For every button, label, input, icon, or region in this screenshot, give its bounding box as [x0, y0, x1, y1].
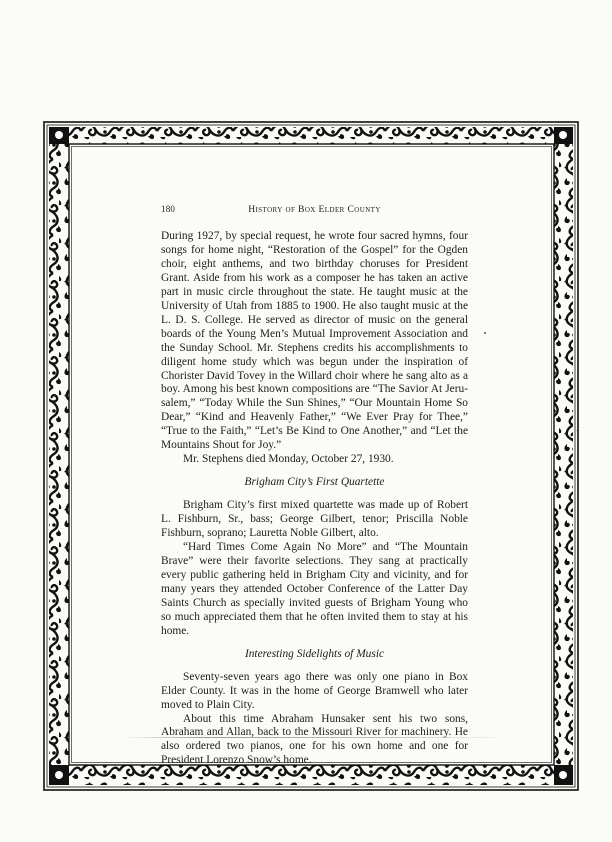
paragraph-quartette-selections: “Hard Times Come Again No More” and “The…	[161, 541, 468, 639]
section-heading-first-quartette: Brigham City’s First Quartette	[161, 476, 468, 490]
paragraph-death-date: Mr. Stephens died Monday, October 27, 19…	[161, 453, 468, 467]
paragraph-first-piano: Seventy-seven years ago there was only o…	[161, 671, 468, 713]
running-head: 180 History of Box Elder County	[161, 200, 468, 220]
paragraph-quartette-members: Brigham City’s first mixed quartette was…	[161, 499, 468, 541]
scan-speck	[576, 430, 577, 431]
section-heading-sidelights-of-music: Interesting Sidelights of Music	[161, 648, 468, 662]
scan-speck	[554, 600, 555, 601]
horizontal-rule	[128, 737, 498, 738]
scanned-page: 180 History of Box Elder County During 1…	[0, 0, 612, 842]
paragraph-hunsaker-pianos: About this time Abraham Hunsaker sent hi…	[161, 713, 468, 769]
scan-speck	[484, 332, 486, 334]
body-text: During 1927, by special request, he wrot…	[161, 230, 468, 768]
running-title: History of Box Elder County	[161, 204, 468, 215]
paragraph-composer-works: During 1927, by special request, he wrot…	[161, 230, 468, 453]
page-content: 180 History of Box Elder County During 1…	[161, 200, 468, 768]
